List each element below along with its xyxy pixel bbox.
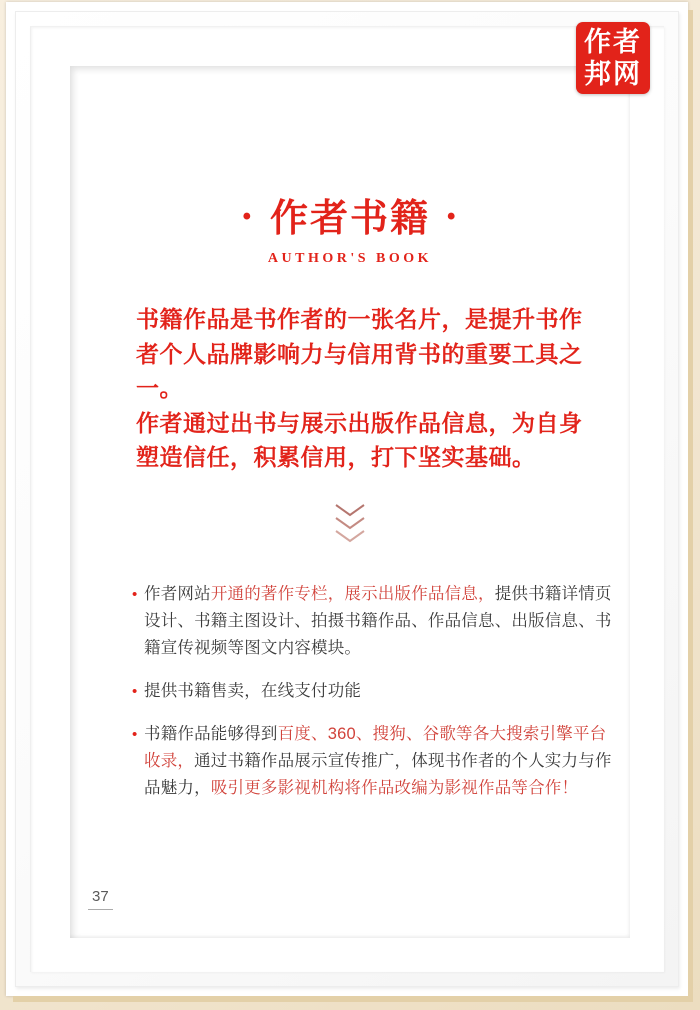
title-dot-left-icon: • bbox=[243, 203, 253, 230]
page-number: 37 bbox=[88, 888, 113, 910]
intro-paragraphs: 书籍作品是书作者的一张名片，是提升书作 者个人品牌影响力与信用背书的重要工具之 … bbox=[136, 302, 608, 475]
list-item: •书籍作品能够得到百度、360、搜狗、谷歌等各大搜索引擎平台 收录，通过书籍作品… bbox=[134, 721, 616, 802]
bullet-dot-icon: • bbox=[132, 721, 137, 748]
list-item-text: 作者网站开通的著作专栏，展示出版作品信息，提供书籍详情页 设计、书籍主图设计、拍… bbox=[144, 585, 612, 657]
feature-list: •作者网站开通的著作专栏，展示出版作品信息，提供书籍详情页 设计、书籍主图设计、… bbox=[134, 581, 616, 818]
title-text: 作者书籍 bbox=[270, 198, 430, 240]
list-item-text: 书籍作品能够得到百度、360、搜狗、谷歌等各大搜索引擎平台 收录，通过书籍作品展… bbox=[144, 725, 612, 797]
title-dot-right-icon: • bbox=[447, 203, 457, 230]
document-page: •作者书籍• AUTHOR'S BOOK 书籍作品是书作者的一张名片，是提升书作… bbox=[70, 66, 630, 938]
list-item: •作者网站开通的著作专栏，展示出版作品信息，提供书籍详情页 设计、书籍主图设计、… bbox=[134, 581, 616, 662]
page-title: •作者书籍• AUTHOR'S BOOK bbox=[70, 194, 630, 267]
logo-line-2: 邦网 bbox=[584, 58, 642, 90]
list-item-text: 提供书籍售卖，在线支付功能 bbox=[144, 682, 361, 700]
zuozhebang-logo: 作者 邦网 bbox=[576, 22, 650, 94]
bullet-dot-icon: • bbox=[132, 581, 137, 608]
title-row: •作者书籍• bbox=[70, 194, 630, 242]
photo-frame: •作者书籍• AUTHOR'S BOOK 书籍作品是书作者的一张名片，是提升书作… bbox=[6, 2, 688, 996]
framed-document: { "logo": { "line1": "作者", "line2": "邦网"… bbox=[0, 0, 700, 1010]
bullet-dot-icon: • bbox=[132, 678, 137, 705]
list-item: •提供书籍售卖，在线支付功能 bbox=[134, 678, 616, 705]
triple-chevron-down-icon bbox=[332, 502, 368, 550]
logo-line-1: 作者 bbox=[584, 26, 642, 58]
title-subtitle: AUTHOR'S BOOK bbox=[70, 251, 630, 267]
